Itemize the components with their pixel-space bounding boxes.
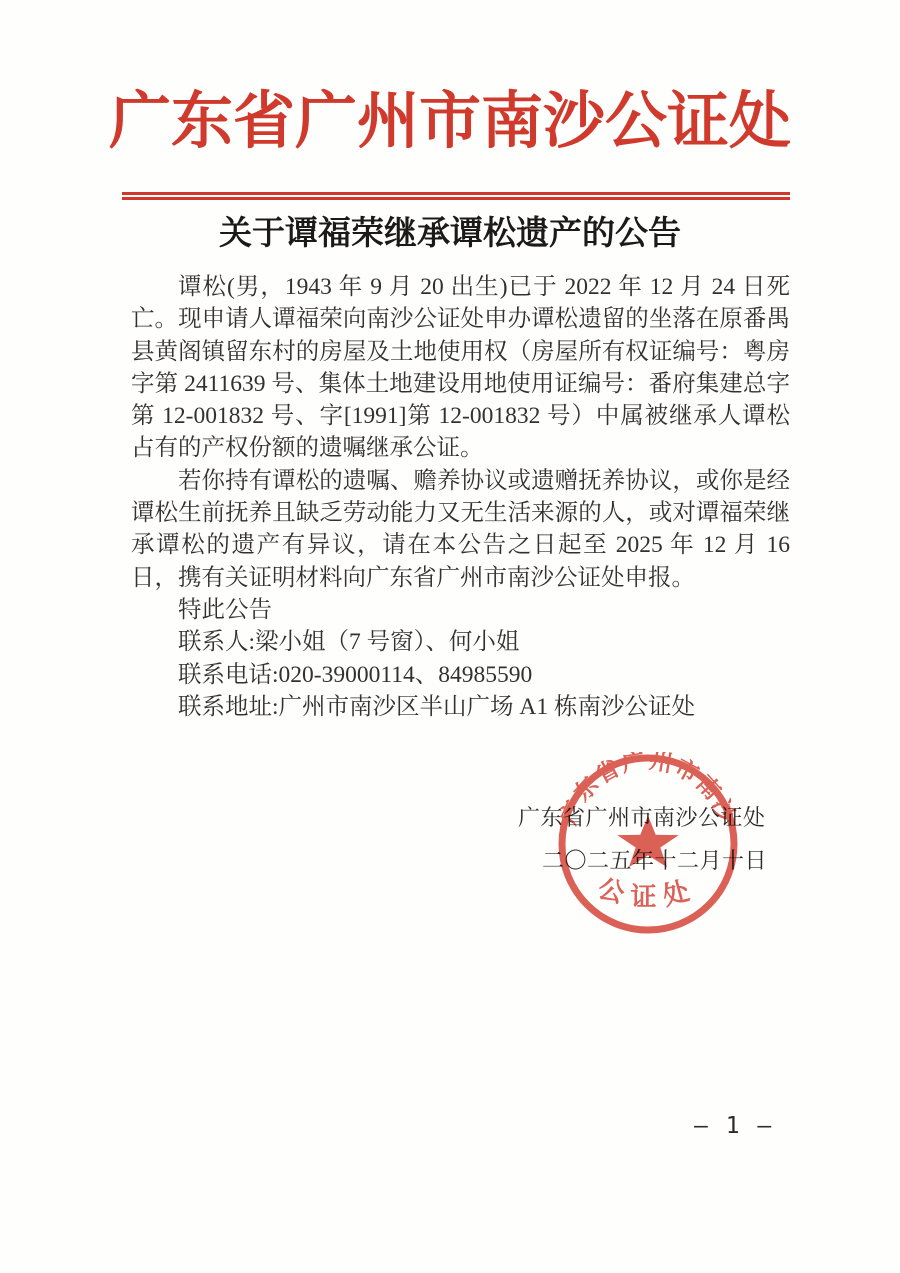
- notice-closing-line: 特此公告: [131, 594, 790, 626]
- star-icon: [617, 816, 679, 868]
- contact-phone-line: 联系电话:020-39000114、84985590: [131, 659, 790, 691]
- notice-paragraph-1: 谭松(男，1943 年 9 月 20 出生)已于 2022 年 12 月 24 …: [131, 271, 790, 465]
- notice-body: 谭松(男，1943 年 9 月 20 出生)已于 2022 年 12 月 24 …: [131, 271, 790, 746]
- notice-title: 关于谭福荣继承谭松遗产的公告: [0, 212, 900, 256]
- contact-person-line: 联系人:梁小姐（7 号窗）、何小姐: [131, 626, 790, 658]
- seal-arc-text: 广东省广州市南沙: [555, 752, 741, 828]
- notice-paragraph-2: 若你持有谭松的遗嘱、赡养协议或遗赠抚养协议，或你是经谭松生前抚养且缺乏劳动能力又…: [131, 465, 790, 594]
- official-seal-stamp: 广东省广州市南沙 公证处: [548, 752, 748, 942]
- contact-address-line: 联系地址:广州市南沙区半山广场 A1 栋南沙公证处: [131, 691, 790, 723]
- letterhead-org-name: 广东省广州市南沙公证处: [0, 82, 900, 162]
- seal-bottom-text: 公证处: [595, 874, 701, 912]
- document-page: 广东省广州市南沙公证处 关于谭福荣继承谭松遗产的公告 谭松(男，1943 年 9…: [0, 0, 900, 1273]
- page-number: — 1 —: [694, 1113, 773, 1139]
- letterhead-divider-rule: [122, 192, 790, 200]
